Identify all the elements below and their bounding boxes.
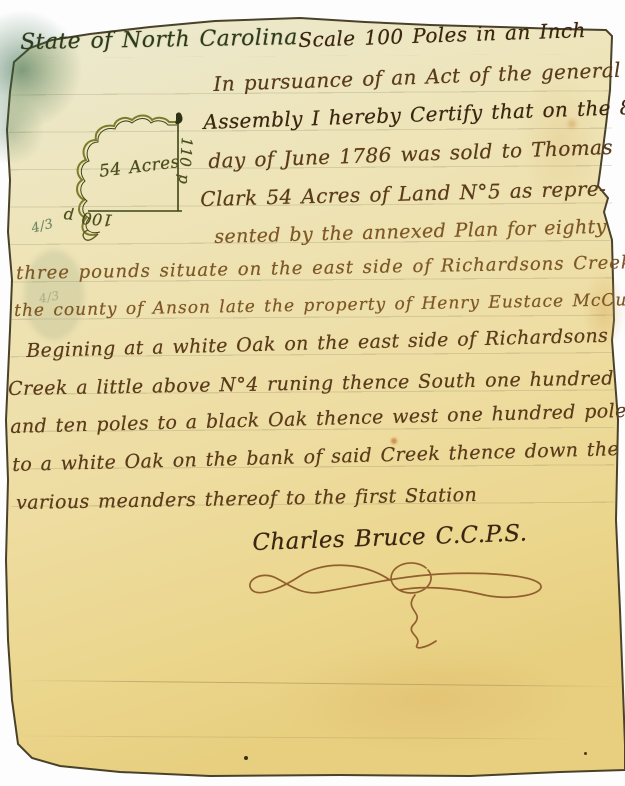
signature-flourish: [240, 550, 580, 660]
scale-note: Scale 100 Poles in an Inch: [298, 18, 586, 52]
fold-crease: [20, 680, 625, 687]
survey-plat-sketch: [66, 106, 222, 276]
plat-right-side-label: 110 p: [175, 137, 196, 185]
scanned-document: 54 Acres 110 p 100 p 4/3 4/3 State of No…: [0, 0, 625, 786]
document-heading: State of North Carolina: [20, 25, 298, 55]
foxing-spot: [568, 120, 576, 128]
ink-speck: [584, 752, 587, 755]
corner-tree-mark: [175, 112, 182, 124]
fold-crease: [10, 735, 585, 739]
ink-speck: [244, 756, 248, 760]
foxing-spot: [391, 438, 397, 444]
